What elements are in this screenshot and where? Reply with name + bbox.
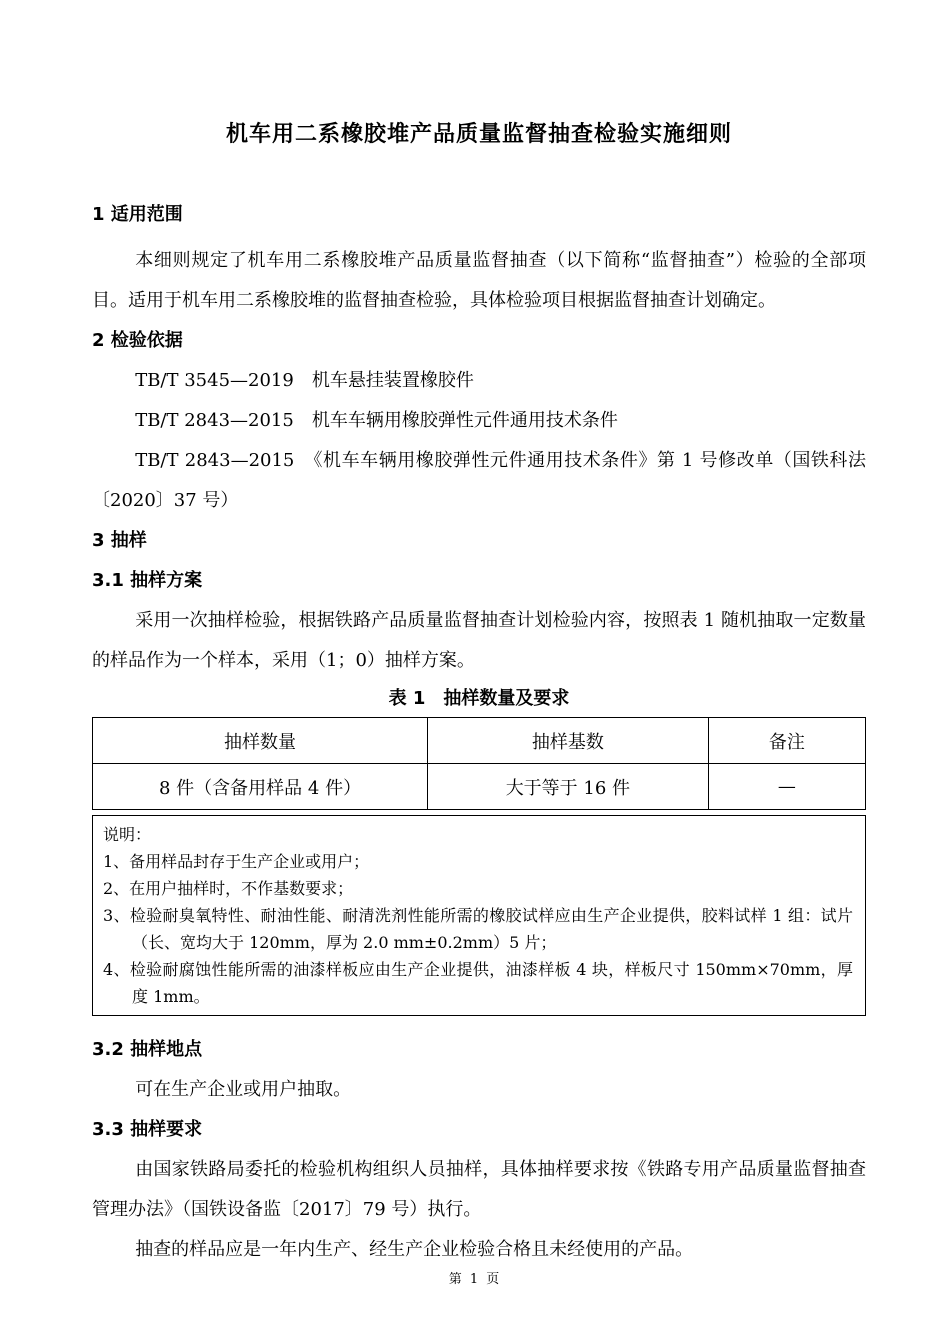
reference-item-3: TB/T 2843—2015 《机车车辆用橡胶弹性元件通用技术条件》第 1 号修… bbox=[92, 441, 866, 521]
section-3-3-heading: 3.3 抽样要求 bbox=[92, 1110, 866, 1150]
table-header-sample-quantity: 抽样数量 bbox=[93, 718, 428, 764]
document-title: 机车用二系橡胶堆产品质量监督抽查检验实施细则 bbox=[92, 115, 866, 155]
table-cell-remark: — bbox=[708, 764, 865, 810]
section-3-2-paragraph: 可在生产企业或用户抽取。 bbox=[92, 1070, 866, 1110]
section-3-3-paragraph-1: 由国家铁路局委托的检验机构组织人员抽样，具体抽样要求按《铁路专用产品质量监督抽查… bbox=[92, 1150, 866, 1230]
document-page: 机车用二系橡胶堆产品质量监督抽查检验实施细则 1 适用范围 本细则规定了机车用二… bbox=[0, 0, 950, 1344]
table-cell-sample-quantity: 8 件（含备用样品 4 件） bbox=[93, 764, 428, 810]
section-3-2-heading: 3.2 抽样地点 bbox=[92, 1030, 866, 1070]
table-header-sample-base: 抽样基数 bbox=[428, 718, 709, 764]
section-1-heading: 1 适用范围 bbox=[92, 195, 866, 235]
section-3-3-paragraph-2: 抽查的样品应是一年内生产、经生产企业检验合格且未经使用的产品。 bbox=[92, 1230, 866, 1270]
section-3-1-paragraph: 采用一次抽样检验，根据铁路产品质量监督抽查计划检验内容，按照表 1 随机抽取一定… bbox=[92, 601, 866, 681]
reference-item-2: TB/T 2843—2015 机车车辆用橡胶弹性元件通用技术条件 bbox=[92, 401, 866, 441]
section-3-heading: 3 抽样 bbox=[92, 521, 866, 561]
table-header-remark: 备注 bbox=[708, 718, 865, 764]
section-2-heading: 2 检验依据 bbox=[92, 321, 866, 361]
table-cell-sample-base: 大于等于 16 件 bbox=[428, 764, 709, 810]
table-1-caption: 表 1 抽样数量及要求 bbox=[92, 681, 866, 717]
note-item-2: 2、在用户抽样时，不作基数要求； bbox=[103, 875, 853, 902]
reference-item-1: TB/T 3545—2019 机车悬挂装置橡胶件 bbox=[92, 361, 866, 401]
table-1-notes-box: 说明： 1、备用样品封存于生产企业或用户； 2、在用户抽样时，不作基数要求； 3… bbox=[92, 815, 866, 1016]
note-item-4: 4、检验耐腐蚀性能所需的油漆样板应由生产企业提供，油漆样板 4 块，样板尺寸 1… bbox=[103, 956, 853, 1010]
section-1-paragraph: 本细则规定了机车用二系橡胶堆产品质量监督抽查（以下简称“监督抽查”）检验的全部项… bbox=[92, 241, 866, 321]
sampling-table-data-row: 8 件（含备用样品 4 件） 大于等于 16 件 — bbox=[93, 764, 866, 810]
section-3-1-heading: 3.1 抽样方案 bbox=[92, 561, 866, 601]
note-item-3: 3、检验耐臭氧特性、耐油性能、耐清洗剂性能所需的橡胶试样应由生产企业提供，胶料试… bbox=[103, 902, 853, 956]
note-item-1: 1、备用样品封存于生产企业或用户； bbox=[103, 848, 853, 875]
sampling-table-header-row: 抽样数量 抽样基数 备注 bbox=[93, 718, 866, 764]
sampling-table: 抽样数量 抽样基数 备注 8 件（含备用样品 4 件） 大于等于 16 件 — bbox=[92, 717, 866, 810]
notes-label: 说明： bbox=[103, 821, 853, 848]
page-number: 第 1 页 bbox=[0, 1266, 950, 1294]
